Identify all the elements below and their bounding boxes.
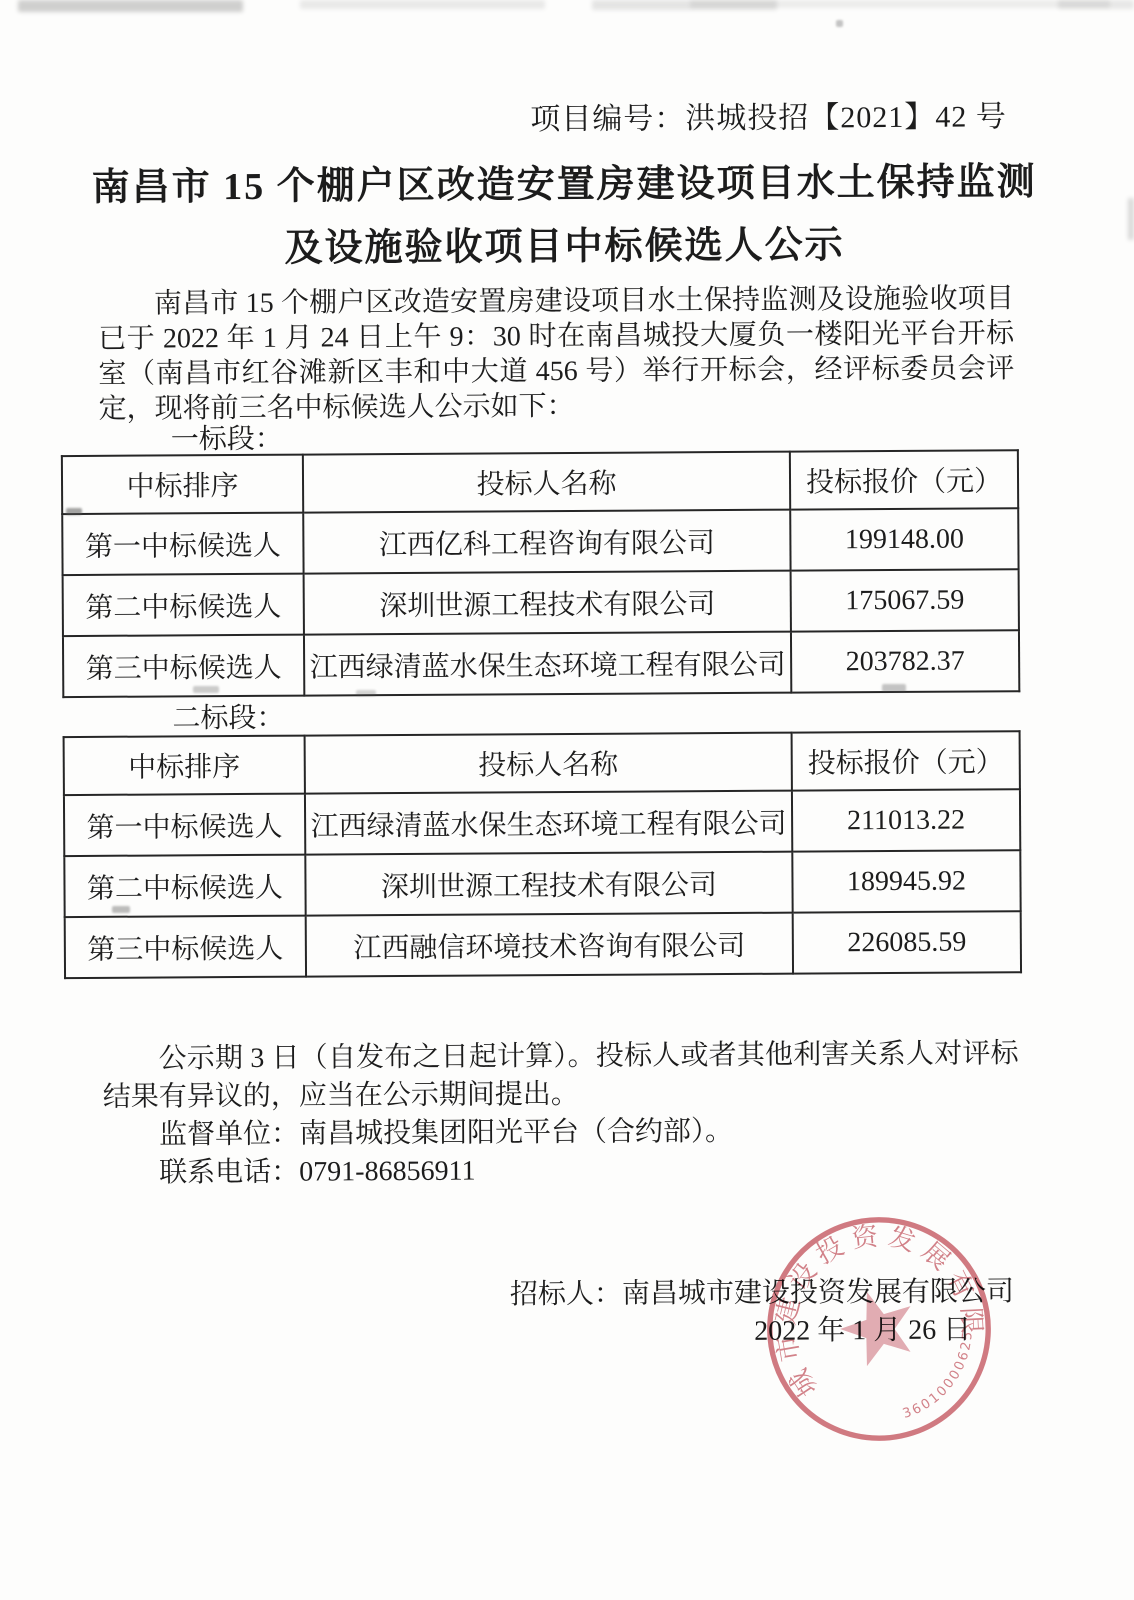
scan-artifact <box>1058 0 1134 9</box>
contact-phone-line: 联系电话：0791-86856911 <box>103 1149 1019 1193</box>
bidder-name-cell: 江西融信环境技术咨询有限公司 <box>306 913 793 977</box>
bid-price-cell: 226085.59 <box>793 911 1021 973</box>
bid-price-cell: 211013.22 <box>792 789 1020 851</box>
table-row: 第二中标候选人 深圳世源工程技术有限公司 175067.59 <box>63 569 1019 636</box>
intro-paragraph: 南昌市 15 个棚户区改造安置房建设项目水土保持监测及设施验收项目已于 2022… <box>98 281 1015 427</box>
publicity-notice: 公示期 3 日（自发布之日起计算）。投标人或者其他利害关系人对评标结果有异议的，… <box>102 1035 1018 1117</box>
signature-date-line: 2022 年 1 月 26 日 <box>4 1312 971 1356</box>
col-header-bid-price: 投标报价（元） <box>792 731 1020 790</box>
bidder-name-cell: 深圳世源工程技术有限公司 <box>304 571 791 635</box>
bid-price-cell: 175067.59 <box>791 569 1019 631</box>
rank-cell: 第一中标候选人 <box>64 794 305 856</box>
bidder-name-cell: 江西绿清蓝水保生态环境工程有限公司 <box>304 632 791 696</box>
col-header-bidder-name: 投标人名称 <box>305 733 792 794</box>
scan-artifact <box>836 20 843 27</box>
scan-artifact <box>66 508 82 515</box>
table-header-row: 中标排序 投标人名称 投标报价（元） <box>64 731 1020 795</box>
bid-price-cell: 199148.00 <box>790 508 1018 570</box>
bidder-name-cell: 江西绿清蓝水保生态环境工程有限公司 <box>305 791 792 855</box>
bid-price-cell: 203782.37 <box>791 630 1019 692</box>
rank-cell: 第三中标候选人 <box>65 916 306 978</box>
bid-price-cell: 189945.92 <box>792 850 1020 912</box>
document-title-line1: 南昌市 15 个棚户区改造安置房建设项目水土保持监测 <box>57 157 1071 213</box>
project-number: 项目编号：洪城投招【2021】42 号 <box>0 99 1007 141</box>
col-header-bid-price: 投标报价（元） <box>790 450 1018 509</box>
scan-artifact <box>356 690 376 696</box>
scan-artifact <box>18 0 243 12</box>
supervisor-line: 监督单位：南昌城投集团阳光平台（合约部）。 <box>103 1111 1019 1155</box>
rank-cell: 第二中标候选人 <box>64 855 305 917</box>
document-page: 项目编号：洪城投招【2021】42 号 南昌市 15 个棚户区改造安置房建设项目… <box>0 0 1134 1600</box>
rank-cell: 第二中标候选人 <box>63 574 304 636</box>
scan-artifact <box>112 906 130 913</box>
col-header-rank: 中标排序 <box>62 455 303 514</box>
bid-table-section-2: 中标排序 投标人名称 投标报价（元） 第一中标候选人 江西绿清蓝水保生态环境工程… <box>63 730 1022 979</box>
table-row: 第二中标候选人 深圳世源工程技术有限公司 189945.92 <box>64 850 1020 917</box>
bid-table-section-1: 中标排序 投标人名称 投标报价（元） 第一中标候选人 江西亿科工程咨询有限公司 … <box>61 449 1020 698</box>
bidder-name-cell: 深圳世源工程技术有限公司 <box>305 852 792 916</box>
bidder-name-cell: 江西亿科工程咨询有限公司 <box>303 510 790 574</box>
document-body: 项目编号：洪城投招【2021】42 号 南昌市 15 个棚户区改造安置房建设项目… <box>0 0 1134 1600</box>
rank-cell: 第一中标候选人 <box>62 513 303 575</box>
rank-cell: 第三中标候选人 <box>63 635 304 697</box>
scan-artifact <box>300 0 545 9</box>
scan-artifact <box>882 684 906 692</box>
table-row: 第三中标候选人 江西融信环境技术咨询有限公司 226085.59 <box>65 911 1021 978</box>
col-header-rank: 中标排序 <box>64 736 305 795</box>
section-label-2: 二标段： <box>172 700 1134 734</box>
col-header-bidder-name: 投标人名称 <box>303 452 790 513</box>
table-row: 第一中标候选人 江西绿清蓝水保生态环境工程有限公司 211013.22 <box>64 789 1020 856</box>
table-row: 第一中标候选人 江西亿科工程咨询有限公司 199148.00 <box>62 508 1018 575</box>
scan-artifact <box>1128 198 1134 240</box>
scan-artifact <box>193 686 219 693</box>
tenderer-signature-line: 招标人：南昌城市建设投资发展有限公司 <box>4 1273 1014 1317</box>
document-title-line2: 及设施验收项目中标候选人公示 <box>57 219 1071 275</box>
table-header-row: 中标排序 投标人名称 投标报价（元） <box>62 450 1018 514</box>
scan-artifact <box>690 0 1110 8</box>
